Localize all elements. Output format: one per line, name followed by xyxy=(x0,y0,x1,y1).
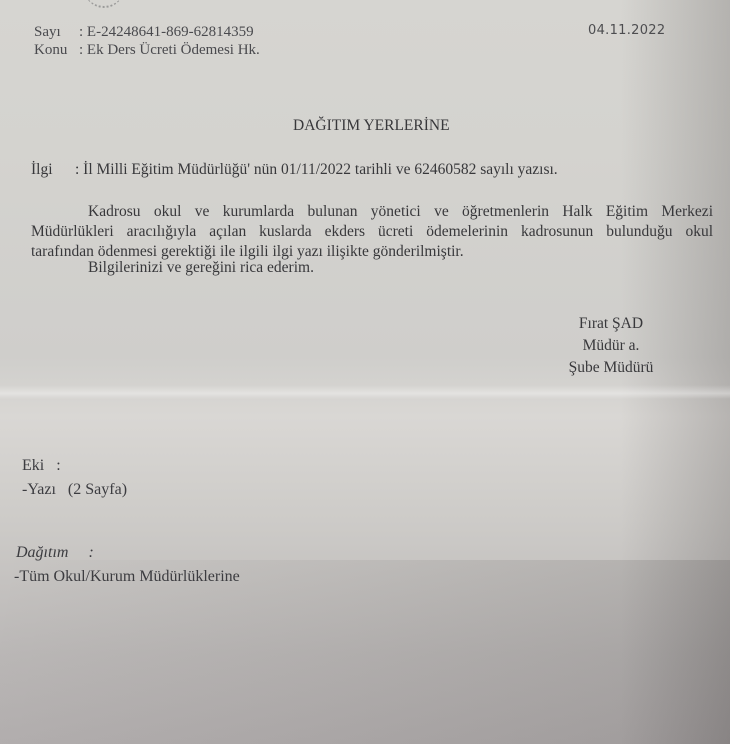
document-date: 04.11.2022 xyxy=(588,23,665,38)
distribution-block: Dağıtım : -Tüm Okul/Kurum Müdürlüklerine xyxy=(16,541,240,589)
body-paragraph: Kadrosu okul ve kurumlarda bulunan yönet… xyxy=(31,202,713,262)
distribution-label: Dağıtım : xyxy=(16,541,240,565)
attachments-block: Eki : -Yazı (2 Sayfa) xyxy=(22,454,127,502)
closing-sentence: Bilgilerinizi ve gereğini rica ederim. xyxy=(88,259,314,277)
body-line: Kadrosu okul ve kurumlarda bulunan yönet… xyxy=(31,202,713,222)
ilgi-row: İlgi: İl Milli Eğitim Müdürlüğü' nün 01/… xyxy=(31,161,558,179)
ilgi-label: İlgi xyxy=(31,161,75,179)
sayi-row: Sayı: E-24248641-869-62814359 xyxy=(34,24,254,41)
body-line: Müdürlükleri aracılığıyla açılan kuslard… xyxy=(31,222,713,242)
ilgi-value: : İl Milli Eğitim Müdürlüğü' nün 01/11/2… xyxy=(75,161,558,178)
konu-value: : Ek Ders Ücreti Ödemesi Hk. xyxy=(79,42,260,58)
recipient-title: DAĞITIM YERLERİNE xyxy=(293,117,450,135)
konu-label: Konu xyxy=(34,42,79,59)
sayi-value: : E-24248641-869-62814359 xyxy=(79,24,254,40)
attachment-item: -Yazı (2 Sayfa) xyxy=(22,478,127,502)
distribution-item: -Tüm Okul/Kurum Müdürlüklerine xyxy=(14,565,240,589)
signer-title: Şube Müdürü xyxy=(556,357,666,379)
letterhead-seal-icon xyxy=(84,0,124,8)
sayi-label: Sayı xyxy=(34,24,79,41)
signature-block: Fırat ŞAD Müdür a. Şube Müdürü xyxy=(556,313,666,379)
signer-name: Fırat ŞAD xyxy=(556,313,666,335)
konu-row: Konu: Ek Ders Ücreti Ödemesi Hk. xyxy=(34,42,260,59)
attachments-label: Eki : xyxy=(22,454,127,478)
paper-fold xyxy=(0,385,730,399)
signer-role: Müdür a. xyxy=(556,335,666,357)
